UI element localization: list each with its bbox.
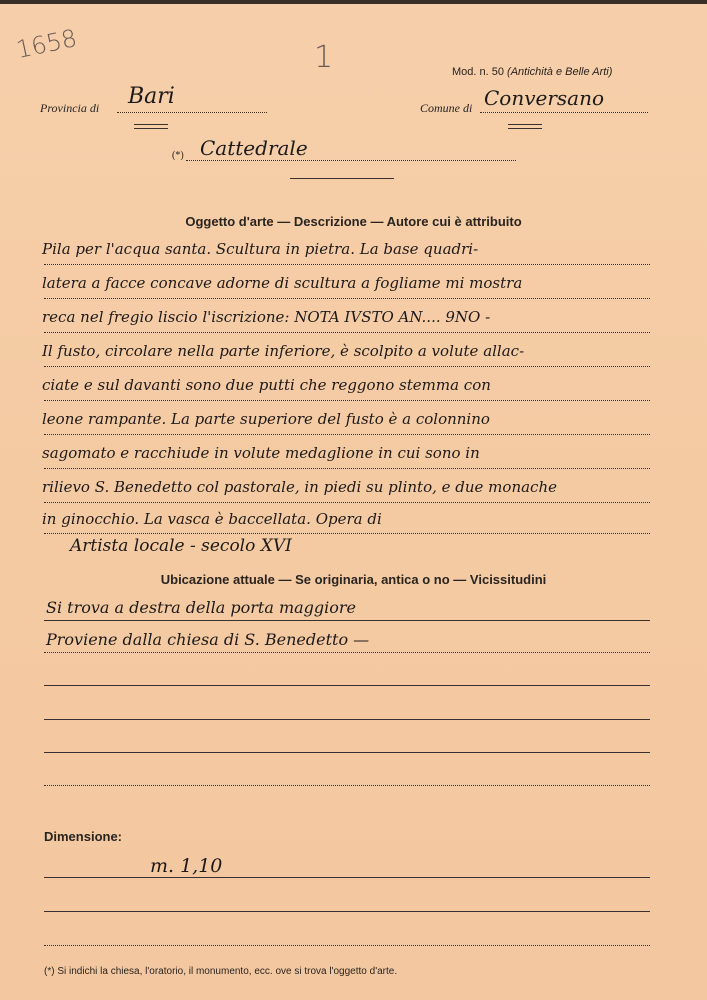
description-line: ciate e sul davanti sono due putti che r… (42, 376, 491, 394)
ruled-line (44, 911, 650, 912)
dimensions-label: Dimensione: (44, 829, 122, 844)
model-label: Mod. n. 50 (Antichità e Belle Arti) (452, 66, 612, 78)
ruled-line (44, 502, 650, 503)
provincia-separator (134, 124, 168, 129)
ruled-line (44, 400, 650, 401)
location-line: Proviene dalla chiesa di S. Benedetto — (46, 630, 369, 649)
ruled-line (44, 332, 650, 333)
location-line: Si trova a destra della porta maggiore (46, 598, 356, 617)
ruled-line (44, 945, 650, 946)
ruled-line (44, 264, 650, 265)
provincia-label: Provincia di (40, 101, 99, 116)
location-marker: (*) (172, 150, 184, 161)
ruled-line (44, 468, 650, 469)
provincia-value: Bari (128, 84, 175, 109)
comune-value: Conversano (484, 86, 604, 110)
location-heading: Ubicazione attuale — Se originaria, anti… (0, 572, 707, 587)
description-line: in ginocchio. La vasca è baccellata. Ope… (42, 510, 382, 528)
section-divider (290, 178, 394, 179)
ruled-line (44, 685, 650, 686)
model-note: (Antichità e Belle Arti) (507, 66, 612, 78)
comune-label: Comune di (420, 101, 472, 116)
ruled-line (44, 752, 650, 753)
comune-underline (480, 112, 648, 113)
comune-separator (508, 124, 542, 129)
description-line: latera a facce concave adorne di scultur… (42, 274, 522, 292)
ruled-line (44, 785, 650, 786)
ruled-line (44, 434, 650, 435)
location-value: Cattedrale (200, 136, 308, 160)
ruled-line (44, 366, 650, 367)
description-line: reca nel fregio liscio l'iscrizione: NOT… (42, 308, 490, 326)
ruled-line (44, 719, 650, 720)
scan-edge (0, 0, 707, 4)
description-line: sagomato e racchiude in volute medaglion… (42, 444, 480, 462)
footnote: (*) Si indichi la chiesa, l'oratorio, il… (44, 966, 397, 977)
catalog-card: 1658 1 Mod. n. 50 (Antichità e Belle Art… (0, 0, 707, 1000)
description-line: rilievo S. Benedetto col pastorale, in p… (42, 478, 557, 496)
ruled-line (44, 877, 650, 878)
description-line: leone rampante. La parte superiore del f… (42, 410, 490, 428)
dimensions-value: m. 1,10 (150, 855, 222, 877)
location-underline (186, 160, 516, 161)
description-line: Pila per l'acqua santa. Scultura in piet… (42, 240, 478, 258)
ruled-line (44, 298, 650, 299)
sheet-number: 1 (314, 40, 333, 75)
model-number: Mod. n. 50 (452, 66, 504, 78)
description-line: Artista locale - secolo XVI (70, 536, 292, 556)
description-line: Il fusto, circolare nella parte inferior… (42, 342, 524, 360)
ruled-line (44, 652, 650, 653)
ruled-line (44, 620, 650, 621)
archive-number: 1658 (14, 24, 80, 64)
ruled-line (44, 533, 650, 534)
description-heading: Oggetto d'arte — Descrizione — Autore cu… (0, 214, 707, 229)
provincia-underline (117, 112, 267, 113)
